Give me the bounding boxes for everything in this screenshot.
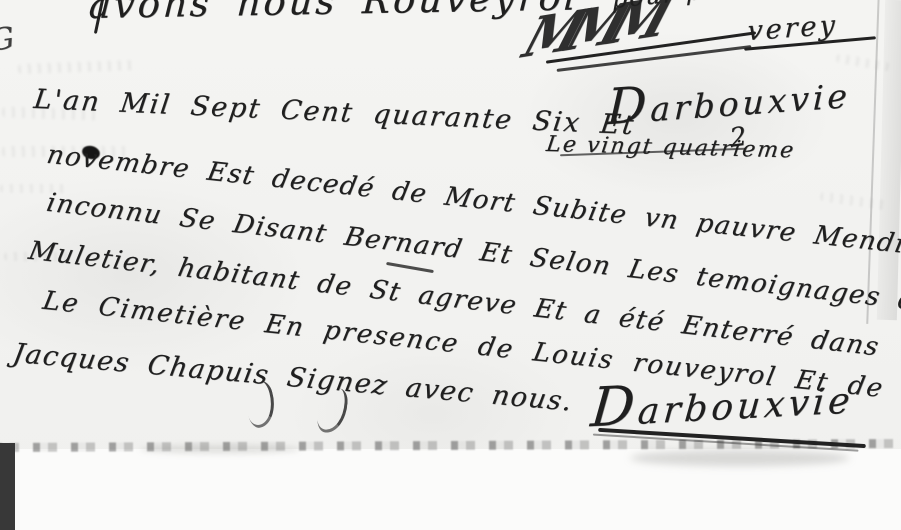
scan-artifact-black-bar bbox=[0, 443, 15, 530]
paper-edge-shadow bbox=[140, 445, 300, 454]
scanned-document: G avons nous Rouveyrol pour porter MMM v… bbox=[0, 0, 901, 530]
paper-edge-shadow bbox=[630, 450, 850, 466]
